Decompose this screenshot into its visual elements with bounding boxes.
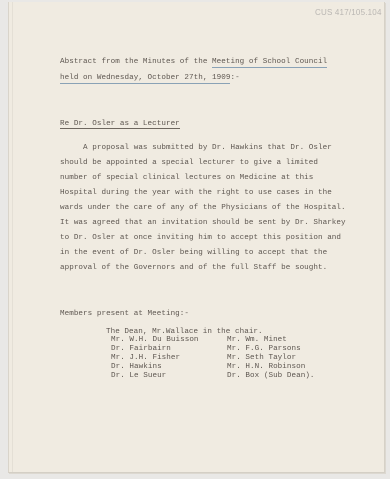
member-name: Mr. Seth Taylor [227, 354, 296, 362]
header-meeting-underlined: Meeting of School Council [212, 58, 327, 68]
member-name: Mr. F.G. Parsons [227, 345, 301, 353]
subject-text: Re Dr. Osler as a Lecturer [60, 120, 180, 129]
body-line: It was agreed that an invitation should … [60, 219, 346, 227]
member-name: Dr. Box (Sub Dean). [227, 372, 315, 380]
body-line: Hospital during the year with the right … [60, 189, 332, 197]
member-name: Mr. J.H. Fisher [111, 354, 180, 362]
archive-reference: CUS 417/105.104 [315, 8, 382, 17]
member-name: Mr. H.N. Robinson [227, 363, 305, 371]
header-suffix: :- [230, 74, 239, 82]
body-line: approval of the Governors and of the ful… [60, 264, 327, 272]
body-line: should be appointed a special lecturer t… [60, 159, 318, 167]
member-name: Mr. W.H. Du Buisson [111, 336, 199, 344]
body-line: to Dr. Osler at once inviting him to acc… [60, 234, 341, 242]
header-date-underlined: held on Wednesday, October 27th, 1909 [60, 74, 230, 84]
members-heading: Members present at Meeting:- [60, 310, 189, 318]
subject-heading: Re Dr. Osler as a Lecturer [60, 120, 180, 128]
members-right-column: Mr. Wm. Minet Mr. F.G. Parsons Mr. Seth … [227, 336, 245, 392]
body-paragraph: A proposal was submitted by Dr. Hawkins … [60, 144, 78, 232]
chair-line: The Dean, Mr.Wallace in the chair. [106, 328, 263, 336]
body-line: wards under the care of any of the Physi… [60, 204, 346, 212]
body-line: in the event of Dr. Osler being willing … [60, 249, 327, 257]
document-page: CUS 417/105.104 Abstract from the Minute… [8, 2, 385, 473]
member-name: Mr. Wm. Minet [227, 336, 287, 344]
header-line-1: Abstract from the Minutes of the Meeting… [60, 58, 327, 66]
member-name: Dr. Hawkins [111, 363, 162, 371]
body-line: number of special clinical lectures on M… [60, 174, 313, 182]
header-line-2: held on Wednesday, October 27th, 1909:- [60, 74, 240, 82]
body-line: A proposal was submitted by Dr. Hawkins … [60, 144, 332, 152]
header-prefix: Abstract from the Minutes of the [60, 58, 212, 66]
member-name: Dr. Le Sueur [111, 372, 166, 380]
member-name: Dr. Fairbairn [111, 345, 171, 353]
members-left-column: Mr. W.H. Du Buisson Dr. Fairbairn Mr. J.… [111, 336, 129, 392]
